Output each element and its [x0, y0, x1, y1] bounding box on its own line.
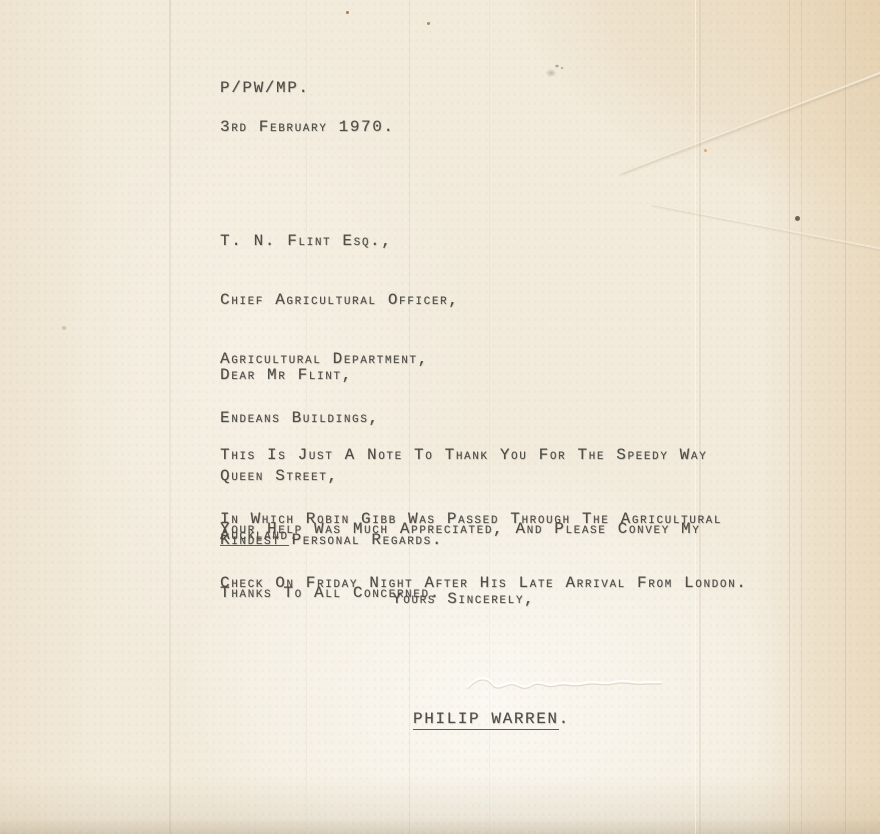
vertical-fold-crease [845, 0, 846, 834]
paper-speck [795, 216, 800, 221]
diagonal-corner-crease [652, 203, 880, 251]
scanned-letter-page: P/PW/MP. 3rd February 1970. T. N. Flint … [0, 0, 880, 834]
recipient-name: T. N. Flint Esq., [220, 232, 459, 252]
signature-line: PHILIP WARREN. [413, 710, 570, 728]
signature-name-underlined: PHILIP WARREN [413, 710, 559, 730]
paper-speck [427, 22, 430, 25]
salutation-line: Dear Mr Flint, [220, 366, 353, 384]
reference-line: P/PW/MP. [220, 79, 310, 97]
closing-line: Yours Sincerely, [392, 590, 535, 608]
vertical-fold-crease [789, 0, 790, 834]
vertical-fold-crease [169, 0, 171, 834]
paper-speck [704, 149, 707, 152]
signature-period: . [559, 710, 570, 728]
body-paragraph-2: Your Help Was Much Appreciated, And Plea… [220, 476, 700, 647]
regards-line: Kindest Personal Regards. [220, 531, 443, 549]
date-line: 3rd February 1970. [220, 118, 395, 136]
embossed-signature-impression [462, 665, 672, 697]
body-paragraph-1-line-1: This Is Just A Note To Thank You For The… [220, 445, 747, 466]
paper-speck [62, 326, 66, 330]
vertical-fold-crease [801, 0, 802, 834]
diagonal-corner-crease [620, 64, 880, 173]
recipient-title: Chief Agricultural Officer, [220, 291, 459, 311]
ink-smudge [541, 60, 567, 82]
paper-speck [346, 11, 349, 14]
